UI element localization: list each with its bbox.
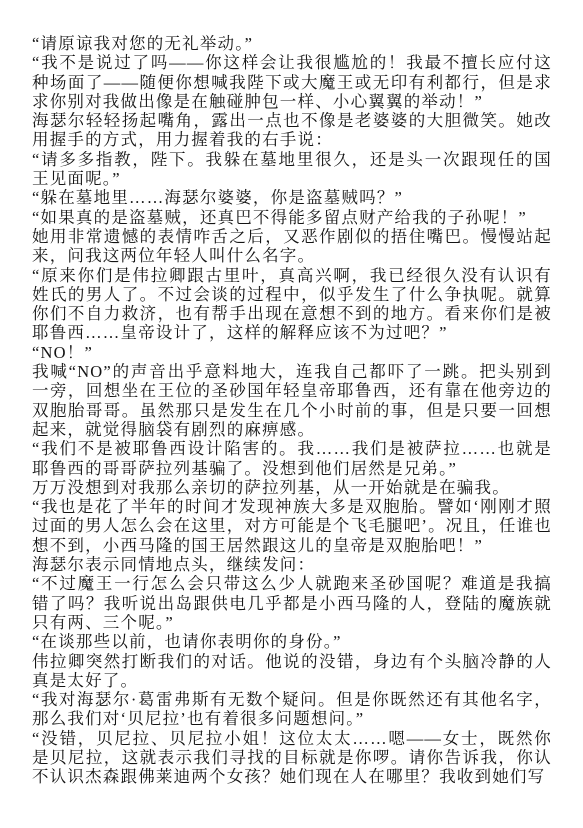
paragraph-dialogue: “NO！” bbox=[32, 343, 552, 362]
paragraph-dialogue: “请原谅我对您的无礼举动。” bbox=[32, 34, 552, 53]
paragraph-dialogue: “在谈那些以前，也请你表明你的身份。” bbox=[32, 632, 552, 651]
paragraph-narration: 海瑟尔表示同情地点头，继续发问： bbox=[32, 555, 552, 574]
paragraph-dialogue: “请多多指教，陛下。我躲在墓地里很久，还是头一次跟现任的国王见面呢。” bbox=[32, 150, 552, 189]
paragraph-dialogue: “我也是花了半年的时间才发现神族大多是双胞胎。譬如‘刚刚才照过面的男人怎么会在这… bbox=[32, 497, 552, 555]
paragraph-narration: 万万没想到对我那么亲切的萨拉列基，从一开始就是在骗我。 bbox=[32, 478, 552, 497]
paragraph-dialogue: “我们不是被耶鲁西设计陷害的。我……我们是被萨拉……也就是耶鲁西的哥哥萨拉列基骗… bbox=[32, 439, 552, 478]
paragraph-narration: 海瑟尔轻轻扬起嘴角，露出一点也不像是老婆婆的大胆微笑。她改用握手的方式，用力握着… bbox=[32, 111, 552, 150]
novel-page: “请原谅我对您的无礼举动。” “我不是说过了吗——你这样会让我很尴尬的！我最不擅… bbox=[0, 0, 583, 828]
paragraph-dialogue: “不过魔王一行怎么会只带这么少人就跑来圣砂国呢？难道是我搞错了吗？我听说出岛跟供… bbox=[32, 574, 552, 632]
paragraph-narration: 她用非常遗憾的表情咋舌之后，又恶作剧似的捂住嘴巴。慢慢站起来，问我这两位年轻人叫… bbox=[32, 227, 552, 266]
paragraph-dialogue: “我对海瑟尔·葛雷弗斯有无数个疑问。但是你既然还有其他名字，那么我们对‘贝尼拉’… bbox=[32, 690, 552, 729]
paragraph-narration: 伟拉卿突然打断我们的对话。他说的没错，身边有个头脑冷静的人真是太好了。 bbox=[32, 652, 552, 691]
paragraph-dialogue: “没错，贝尼拉、贝尼拉小姐！这位太太……嗯——女士，既然你是贝尼拉，这就表示我们… bbox=[32, 729, 552, 787]
paragraph-narration: 我喊“NO”的声音出乎意料地大，连我自己都吓了一跳。把头别到一旁，回想坐在王位的… bbox=[32, 362, 552, 439]
paragraph-dialogue: “躲在墓地里……海瑟尔婆婆，你是盗墓贼吗？” bbox=[32, 188, 552, 207]
paragraph-dialogue: “我不是说过了吗——你这样会让我很尴尬的！我最不擅长应付这种场面了——随便你想喊… bbox=[32, 53, 552, 111]
paragraph-dialogue: “原来你们是伟拉卿跟古里叶，真高兴啊，我已经很久没有认识有姓氏的男人了。不过会谈… bbox=[32, 266, 552, 343]
paragraph-dialogue: “如果真的是盗墓贼，还真巴不得能多留点财产给我的子孙呢！” bbox=[32, 208, 552, 227]
